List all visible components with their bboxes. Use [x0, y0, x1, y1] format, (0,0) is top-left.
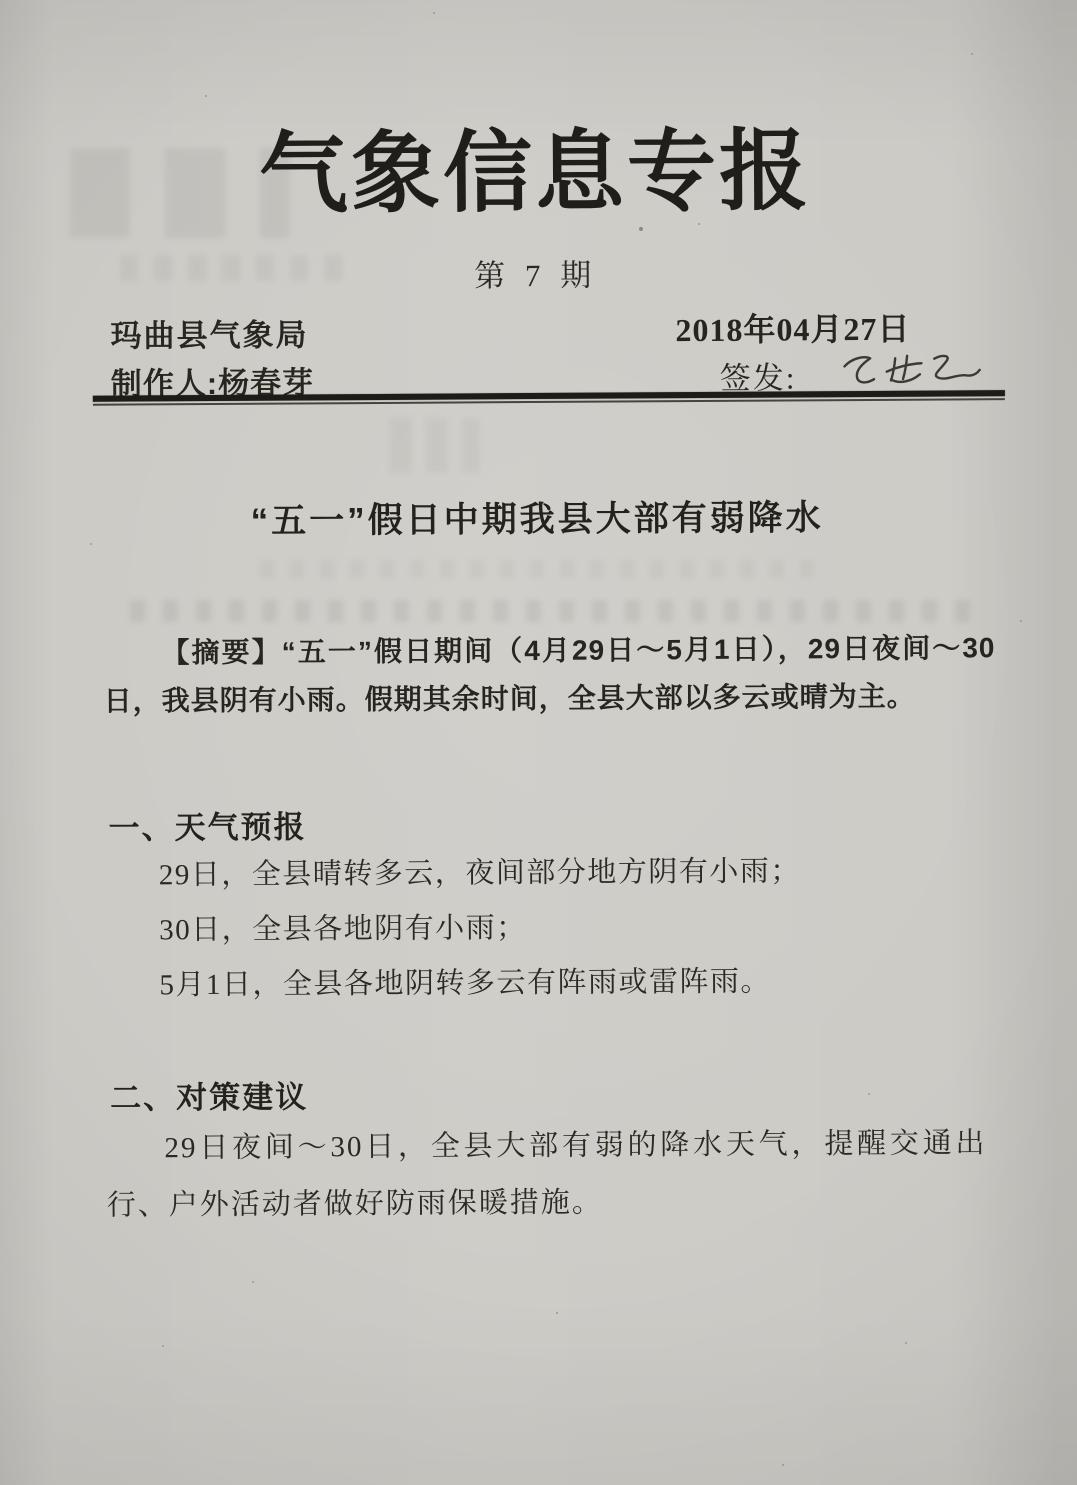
bulletin-masthead-title: 气象信息专报 — [0, 99, 1074, 233]
article-title: “五一”假日中期我县大部有弱降水 — [0, 489, 1076, 546]
dust-specks — [0, 0, 2, 2]
abstract-paragraph: 【摘要】“五一”假日期间（4月29日～5月1日），29日夜间～30日，我县阴有小… — [103, 624, 996, 725]
section-heading-advice: 二、对策建议 — [110, 1071, 308, 1117]
issuing-bureau: 玛曲县气象局 — [110, 309, 308, 355]
section-heading-forecast: 一、天气预报 — [108, 801, 306, 847]
issue-date: 2018年04月27日 — [675, 304, 910, 351]
document-content: 气象信息专报 第 7 期 玛曲县气象局 制作人:杨春芽 2018年04月27日 … — [0, 0, 1077, 1485]
scanned-document-page: 气象信息专报 第 7 期 玛曲县气象局 制作人:杨春芽 2018年04月27日 … — [0, 0, 1077, 1485]
advice-paragraph: 29日夜间～30日，全县大部有弱的降水天气，提醒交通出行、户外活动者做好防雨保暖… — [106, 1115, 987, 1234]
forecast-line-day30: 30日，全县各地阴有小雨； — [114, 898, 1014, 958]
issue-number: 第 7 期 — [0, 247, 1074, 299]
forecast-line-day29: 29日，全县晴转多云，夜间部分地方阴有小雨； — [114, 843, 1014, 903]
forecast-lines: 29日，全县晴转多云，夜间部分地方阴有小雨； 30日，全县各地阴有小雨； 5月1… — [114, 843, 1015, 1013]
forecast-line-may1: 5月1日，全县各地阴转多云有阵雨或雷阵雨。 — [114, 953, 1014, 1013]
